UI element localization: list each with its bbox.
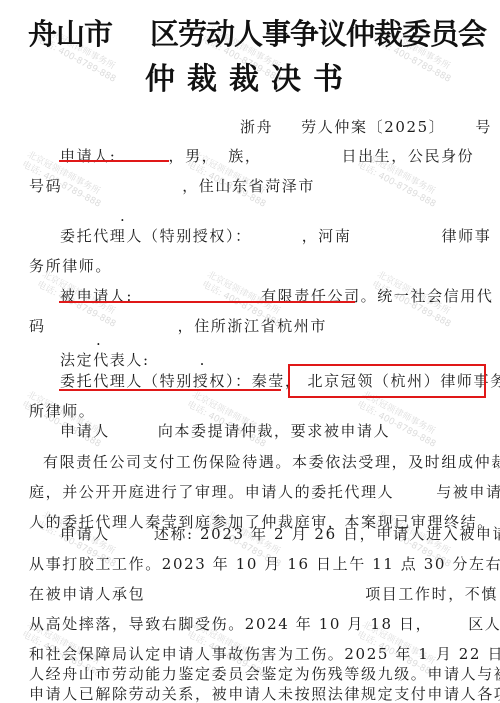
paragraph-2-line-3: 在被申请人承包项目工作时，不慎 [29,584,498,604]
line-dot-2: . [96,330,102,350]
paragraph-2-line-1: 申请人述称: 2023 年 2 月 26 日，申请人进入被申请人处 [60,524,500,544]
case-prefix: 浙舟 [240,118,273,136]
document-title: 仲裁裁决书 [0,54,500,98]
code-label: 码 [29,317,46,335]
id-label: 号码 [29,177,62,195]
p2-statement: 述称: 2023 年 2 月 26 日，申请人进入被申请人处 [154,525,500,543]
agent-firm-start: 律师事 [442,227,492,245]
arbitration-award-page: 北京冠领律师事务所电话: 400-8789-888北京冠领律师事务所电话: 40… [0,0,500,703]
respondent-address: ，住所浙江省杭州市 [178,317,327,335]
case-number: 浙舟劳人仲案〔2025〕号 [240,117,492,137]
applicant-agent-line-2: 务所律师。 [29,256,112,276]
respondent-code-line: 码，住所浙江省杭州市 [29,316,327,336]
p1-request: 向本委提请仲裁，要求被申请人 [158,422,390,440]
applicant-id-line: 号码，住山东省菏泽市 [29,176,315,196]
law-firm-highlight-box [288,364,486,398]
applicant-birth: 日出生，公民身份 [341,147,474,165]
paragraph-2-line-5: 和社会保障局认定申请人事故伤害为工伤。2025 年 1 月 22 日，申请 [29,644,500,664]
applicant-address: ，住山东省菏泽市 [182,177,315,195]
p2-applicant: 申请人 [60,525,110,543]
legal-rep-value: . [200,351,206,369]
respondent-credit-code-label: 。统一社会信用代 [361,287,494,305]
legal-representative-line: 法定代表人:. [60,350,206,370]
respondent-underline [59,301,355,303]
paragraph-1-line-3: 庭，并公开开庭进行了审理。申请人的委托代理人与被申请 [29,482,500,502]
paragraph-1-line-2: 有限责任公司支付工伤保险待遇。本委依法受理，及时组成仲裁 [43,452,500,472]
applicant-gender: ，男， [168,147,218,165]
applicant-label: 申请人: [60,147,116,165]
case-mid: 劳人仲案〔2025〕 [301,118,445,136]
applicant-ethnicity: 族， [228,147,261,165]
p1-hearing-2: 与被申请 [436,483,500,501]
p2-injury: 从高处摔落，导致右脚受伤。2024 年 10 月 18 日， [29,615,432,633]
p2-bureau: 区人力资源 [468,615,500,633]
title-city: 舟山市 [28,12,150,53]
paragraph-2-line-7: 申请人已解除劳动关系，被申请人未按照法律规定支付申请人各项 [29,684,500,703]
paragraph-1-line-1: 申请人向本委提请仲裁，要求被申请人 [60,421,390,441]
respondent-agent: 委托代理人（特别授权）：秦莹， [60,372,302,390]
p1-applicant: 申请人 [60,422,110,440]
line-dot: . [120,206,126,226]
issuing-authority-title: 舟山市区劳动人事争议仲裁委员会 [28,12,486,53]
paragraph-2-line-6: 人经舟山市劳动能力鉴定委员会鉴定为伤残等级九级。申请人与被 [29,664,500,684]
title-committee: 区劳动人事争议仲裁委员会 [150,17,486,51]
applicant-underline [59,160,169,162]
p2-contract: 在被申请人承包 [29,585,145,603]
case-suffix: 号 [475,118,492,136]
respondent-line: 被申请人:有限责任公司。统一社会信用代 [60,286,493,306]
respondent-agent-underline [59,389,281,391]
p1-hearing: 庭，并公开开庭进行了审理。申请人的委托代理人 [29,483,394,501]
paragraph-2-line-2: 从事打胶工工作。2023 年 10 月 16 日上午 11 点 30 分左右，申… [29,554,500,574]
applicant-line: 申请人:，男，族，日出生，公民身份 [60,146,474,166]
paragraph-2-line-4: 从高处摔落，导致右脚受伤。2024 年 10 月 18 日，区人力资源 [29,614,500,634]
legal-rep-label: 法定代表人: [60,351,150,369]
agent-label: 委托代理人（特别授权）： [60,227,252,245]
agent-region: ，河南 [302,227,352,245]
p2-project: 项目工作时，不慎 [365,585,498,603]
applicant-agent-line: 委托代理人（特别授权）：，河南律师事 [60,226,491,246]
respondent-agent-line-2: 所律师。 [29,401,95,421]
